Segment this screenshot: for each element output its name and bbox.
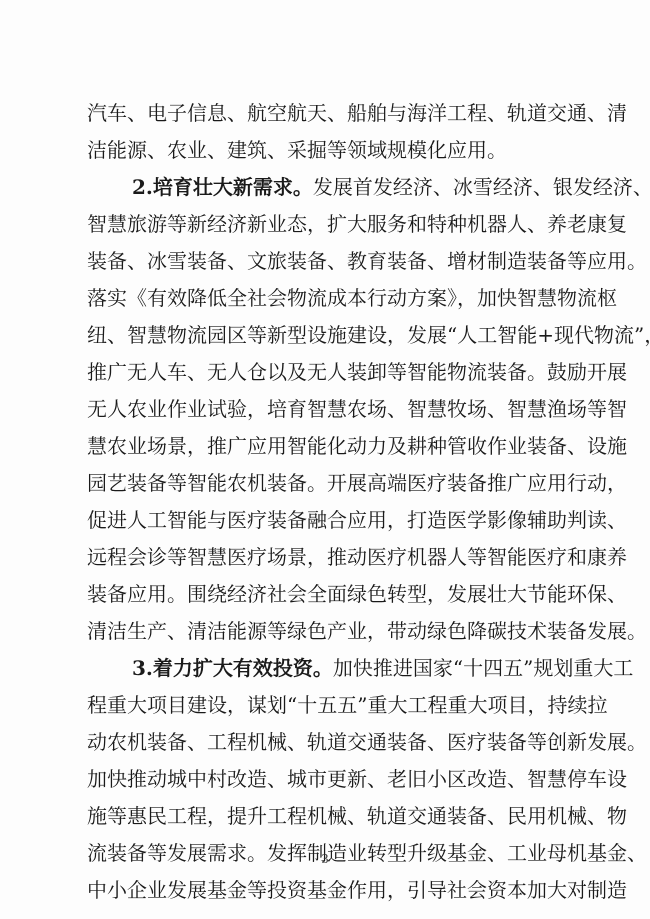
text-line: 智慧旅游等新经济新业态，扩大服务和特种机器人、养老康复 [87, 206, 565, 243]
document-body: 汽车、电子信息、航空航天、船舶与海洋工程、轨道交通、清 洁能源、农业、建筑、采掘… [87, 95, 565, 909]
section-heading: 3.着力扩大有效投资。 [132, 656, 333, 680]
text-line: 纽、智慧物流园区等新型设施建设，发展“人工智能+现代物流”， [87, 317, 565, 354]
text-line: 无人农业作业试验，培育智慧农场、智慧牧场、智慧渔场等智 [87, 391, 565, 428]
page-number: 3 [0, 852, 650, 868]
text-span: 发展首发经济、冰雪经济、银发经济、 [313, 175, 650, 199]
text-line: 中小企业发展基金等投资基金作用，引导社会资本加大对制造 [87, 872, 565, 909]
text-line: 落实《有效降低全社会物流成本行动方案》，加快智慧物流枢 [87, 280, 565, 317]
text-line: 加快推动城中村改造、城市更新、老旧小区改造、智慧停车设 [87, 761, 565, 798]
text-line: 动农机装备、工程机械、轨道交通装备、医疗装备等创新发展。 [87, 724, 565, 761]
text-span: 加快推进国家“十四五”规划重大工 [333, 656, 633, 680]
text-line: 洁能源、农业、建筑、采掘等领域规模化应用。 [87, 132, 565, 169]
text-line: 施等惠民工程，提升工程机械、轨道交通装备、民用机械、物 [87, 798, 565, 835]
section-heading-line: 2.培育壮大新需求。发展首发经济、冰雪经济、银发经济、 [87, 169, 565, 206]
section-heading-line: 3.着力扩大有效投资。加快推进国家“十四五”规划重大工 [87, 650, 565, 687]
document-page: 汽车、电子信息、航空航天、船舶与海洋工程、轨道交通、清 洁能源、农业、建筑、采掘… [0, 0, 650, 919]
text-line: 清洁生产、清洁能源等绿色产业，带动绿色降碳技术装备发展。 [87, 613, 565, 650]
text-line: 程重大项目建设，谋划“十五五”重大工程重大项目，持续拉 [87, 687, 565, 724]
text-line: 装备、冰雪装备、文旅装备、教育装备、增材制造装备等应用。 [87, 243, 565, 280]
text-line: 远程会诊等智慧医疗场景，推动医疗机器人等智能医疗和康养 [87, 539, 565, 576]
text-line: 装备应用。围绕经济社会全面绿色转型，发展壮大节能环保、 [87, 576, 565, 613]
text-line: 推广无人车、无人仓以及无人装卸等智能物流装备。鼓励开展 [87, 354, 565, 391]
text-line: 促进人工智能与医疗装备融合应用，打造医学影像辅助判读、 [87, 502, 565, 539]
text-line: 汽车、电子信息、航空航天、船舶与海洋工程、轨道交通、清 [87, 95, 565, 132]
text-line: 慧农业场景，推广应用智能化动力及耕种管收作业装备、设施 [87, 428, 565, 465]
section-heading: 2.培育壮大新需求。 [132, 175, 313, 199]
text-line: 园艺装备等智能农机装备。开展高端医疗装备推广应用行动， [87, 465, 565, 502]
